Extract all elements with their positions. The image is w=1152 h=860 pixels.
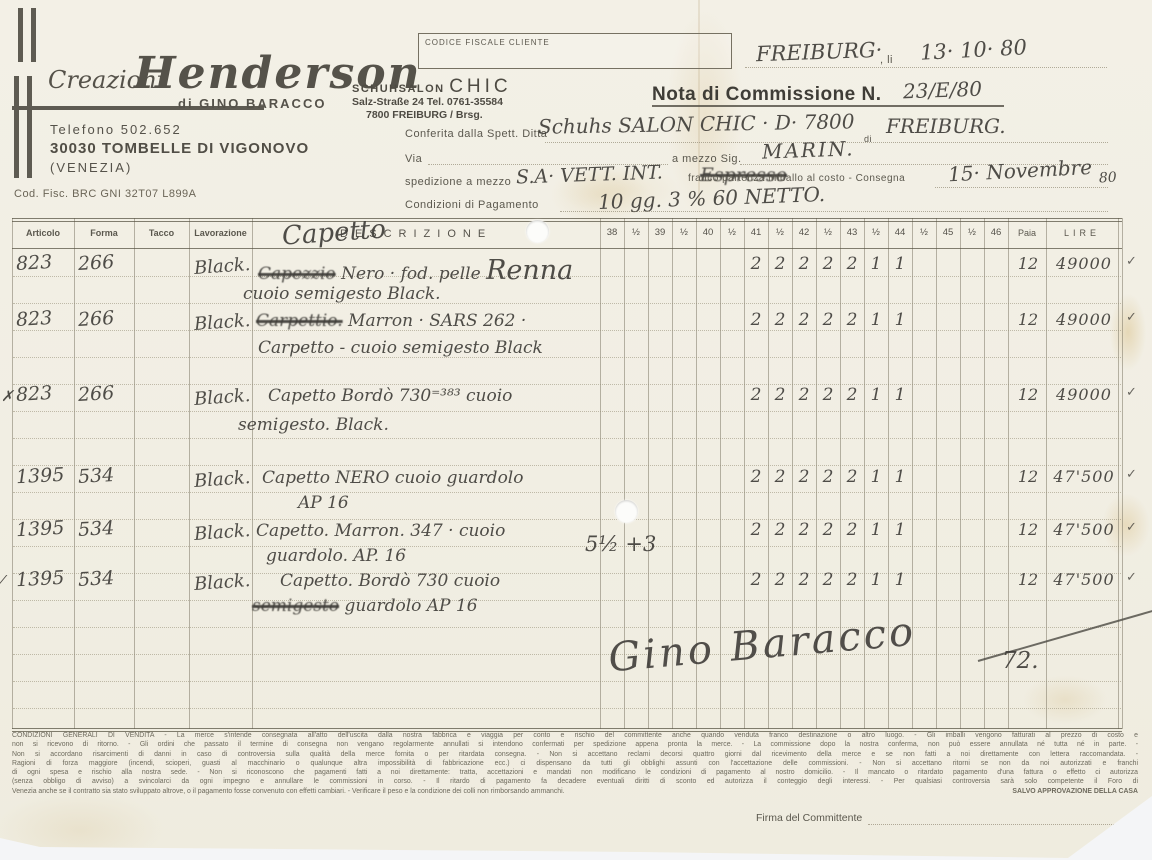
qty-cell: 2 — [840, 570, 864, 590]
cell-forma: 534 — [77, 567, 114, 591]
row-margin-mark: ⁄ — [1, 572, 4, 590]
cell-descrizione-line2: semigesto. Black. — [238, 415, 389, 435]
row-checkmark: ✓ — [1126, 466, 1137, 482]
total-handwritten: 72. — [1002, 648, 1039, 674]
pagamento-dotted-line — [560, 210, 1108, 212]
table-grid-vline — [134, 218, 135, 729]
cell-articolo: 823 — [15, 251, 52, 275]
table-grid-dotline — [13, 411, 1121, 412]
via-label: Via — [405, 153, 422, 165]
descrizione-strikethrough: Capezzio — [258, 264, 336, 284]
qty-cell: 2 — [840, 467, 864, 487]
codice-fiscale-box: CODICE FISCALE CLIENTE — [418, 33, 732, 69]
qty-cell: 2 — [792, 254, 816, 274]
row-checkmark: ✓ — [1126, 569, 1137, 585]
size-col-header: 43 — [840, 227, 864, 238]
cell-lire: 49000 — [1050, 254, 1118, 273]
qty-cell: 2 — [840, 310, 864, 330]
commission-number-handwritten: 23/E/80 — [903, 77, 983, 104]
table-grid-hline — [12, 248, 1122, 249]
qty-cell: 2 — [792, 570, 816, 590]
logo-bar-icon — [18, 8, 23, 62]
cell-paia: 12 — [1010, 520, 1046, 539]
table-grid-dotline — [13, 519, 1121, 520]
qty-cell: 2 — [768, 570, 792, 590]
size-col-header: 45 — [936, 227, 960, 238]
qty-cell: 2 — [792, 520, 816, 540]
customer-stamp-street: Salz-Straße 24 Tel. 0761-35584 — [352, 96, 503, 108]
cell-paia: 12 — [1010, 385, 1046, 404]
table-col-header: Forma — [74, 228, 134, 238]
qty-cell: 1 — [864, 467, 888, 487]
cell-lavorazione: Black. — [193, 385, 251, 410]
conditions-line: CONDIZIONI GENERALI DI VENDITA - La merc… — [12, 731, 1138, 740]
table-col-header: Lavorazione — [189, 228, 252, 238]
hole-punch — [526, 220, 549, 243]
cell-articolo: 1395 — [15, 517, 64, 542]
firma-label: Firma del Committente — [756, 812, 862, 824]
descrizione-strikethrough: semigesto — [252, 596, 339, 616]
size-col-header: ½ — [768, 227, 792, 238]
qty-cell: 2 — [744, 385, 768, 405]
cell-descrizione-line2: cuoio semigesto Black. — [243, 284, 441, 304]
qty-cell: 1 — [888, 385, 912, 405]
cell-descrizione-line2: semigesto guardolo AP 16 — [252, 596, 478, 616]
cell-forma: 266 — [77, 251, 114, 275]
table-grid-dotline — [13, 546, 1121, 547]
qty-cell: 1 — [888, 310, 912, 330]
table-grid-dotline — [13, 303, 1121, 304]
table-grid-vline — [1118, 218, 1119, 729]
cell-descrizione-line2: AP 16 — [298, 493, 349, 513]
conditions-text: CONDIZIONI GENERALI DI VENDITA - La merc… — [12, 731, 1138, 796]
qty-cell: 2 — [840, 520, 864, 540]
cell-articolo: 1395 — [15, 567, 64, 592]
row-checkmark: ✓ — [1126, 519, 1137, 535]
cell-paia: 12 — [1010, 467, 1046, 486]
qty-cell: 2 — [744, 467, 768, 487]
cell-forma: 266 — [77, 382, 114, 406]
customer-stamp-city: 7800 FREIBURG / Brsg. — [366, 109, 483, 121]
cell-lavorazione: Black. — [193, 467, 251, 492]
size-col-header: 39 — [648, 227, 672, 238]
table-grid-hline — [12, 221, 1122, 222]
place-handwritten: FREIBURG· — [756, 38, 883, 66]
conferita-label: Conferita dalla Spett. Ditta — [405, 128, 547, 140]
conditions-line: Non si accordano risarcimenti di danni i… — [12, 750, 1138, 759]
codice-fiscale-label: CODICE FISCALE CLIENTE — [425, 38, 550, 47]
cell-lire: 47'500 — [1050, 570, 1118, 589]
conditions-line: (senza obbligo di avviso) a svincolarci … — [12, 777, 1138, 786]
cell-paia: 12 — [1010, 310, 1046, 329]
cell-lire: 47'500 — [1050, 467, 1118, 486]
consegna-date: 15· Novembre — [947, 155, 1092, 187]
descrizione-header-handwritten: Capetto — [281, 214, 387, 251]
title-underline — [652, 104, 1004, 107]
qty-cell: 1 — [864, 520, 888, 540]
qty-cell: 2 — [744, 254, 768, 274]
qty-cell: 2 — [840, 254, 864, 274]
cell-paia: 12 — [1010, 254, 1046, 273]
table-grid-hline — [12, 728, 1122, 729]
table-col-header: Tacco — [134, 228, 189, 238]
cell-descrizione-line1: Capetto. Marron. 347 · cuoio — [256, 521, 505, 541]
date-handwritten: 13· 10· 80 — [919, 35, 1027, 65]
qty-cell: 1 — [888, 570, 912, 590]
qty-cell: 2 — [768, 520, 792, 540]
conditions-line: non si ricevono di ritorno. - Gli ordini… — [12, 740, 1138, 749]
customer-stamp-name: SCHUHSALON CHIC — [352, 76, 512, 98]
cell-lavorazione: Black. — [193, 570, 251, 595]
a-mezzo-sig-handwritten: MARIN. — [762, 136, 855, 163]
salvo-approvazione: SALVO APPROVAZIONE DELLA CASA — [1012, 787, 1138, 796]
qty-cell: 2 — [792, 467, 816, 487]
cell-lire: 47'500 — [1050, 520, 1118, 539]
table-grid-vline — [12, 218, 13, 729]
cell-descrizione-line1: Capetto NERO cuoio guardolo — [262, 468, 523, 488]
table-grid-dotline — [13, 465, 1121, 466]
letterhead-address2: (VENEZIA) — [50, 160, 132, 175]
table-grid-dotline — [13, 492, 1121, 493]
qty-cell: 2 — [816, 385, 840, 405]
qty-cell: 2 — [840, 385, 864, 405]
qty-cell: 2 — [816, 467, 840, 487]
cell-lire: 49000 — [1050, 385, 1118, 404]
cell-forma: 534 — [77, 517, 114, 541]
scan-background: Creazioni Henderson di GINO BARACCO Tele… — [0, 0, 1152, 860]
qty-cell: 2 — [768, 467, 792, 487]
conditions-line: Venezia anche se il contratto sia stato … — [12, 787, 565, 796]
spedizione-label: spedizione a mezzo — [405, 176, 511, 188]
qty-cell: 1 — [888, 254, 912, 274]
row-checkmark: ✓ — [1126, 253, 1137, 269]
cell-descrizione-line1: Capetto. Bordò 730 cuoio — [280, 571, 500, 591]
qty-cell: 2 — [816, 254, 840, 274]
conditions-line: Ragioni di forza maggiore (incendi, scio… — [12, 759, 1138, 768]
cell-articolo: 1395 — [15, 464, 64, 489]
stamp-schuhsalon: SCHUHSALON — [352, 83, 445, 95]
cell-lavorazione: Black. — [193, 310, 251, 335]
paia-col-header: Paia — [1008, 228, 1046, 238]
cell-forma: 266 — [77, 307, 114, 331]
table-grid-hline — [12, 218, 1122, 219]
qty-cell: 2 — [768, 310, 792, 330]
table-grid-vline — [936, 218, 937, 729]
size-col-header: ½ — [720, 227, 744, 238]
hole-punch — [615, 500, 638, 523]
letterhead-subbrand: di GINO BARACCO — [178, 96, 326, 111]
table-grid-dotline — [13, 330, 1121, 331]
size-col-header: 44 — [888, 227, 912, 238]
qty-cell: 2 — [792, 385, 816, 405]
row-checkmark: ✓ — [1126, 384, 1137, 400]
table-grid-vline — [960, 218, 961, 729]
qty-cell: 1 — [888, 467, 912, 487]
table-grid-dotline — [13, 384, 1121, 385]
conditions-last-line: Venezia anche se il contratto sia stato … — [12, 787, 1138, 796]
row-checkmark: ✓ — [1126, 309, 1137, 325]
stamp-chic: CHIC — [449, 76, 511, 97]
conditions-line: di ogni spesa e rischio alla nostra sede… — [12, 768, 1138, 777]
size-col-header: 40 — [696, 227, 720, 238]
qty-cell: 1 — [864, 254, 888, 274]
descrizione-strikethrough: Carpettio. — [256, 311, 343, 331]
table-grid-dotline — [13, 627, 1121, 628]
cell-articolo: 823 — [15, 382, 52, 406]
order-form-paper: Creazioni Henderson di GINO BARACCO Tele… — [0, 0, 1152, 860]
logo-bar-icon — [27, 76, 32, 178]
conferita-handwritten: Schuhs SALON CHIC · D· 7800 — [538, 109, 855, 139]
size-col-header: ½ — [624, 227, 648, 238]
letterhead-codfisc: Cod. Fisc. BRC GNI 32T07 L899A — [14, 188, 197, 200]
table-grid-vline — [1046, 218, 1047, 729]
table-grid-vline — [984, 218, 985, 729]
table-grid-vline — [600, 218, 601, 729]
table-grid-dotline — [13, 654, 1121, 655]
table-grid-dotline — [13, 438, 1121, 439]
size-col-header: 46 — [984, 227, 1008, 238]
size-col-header: ½ — [864, 227, 888, 238]
pagamento-label: Condizioni di Pagamento — [405, 199, 539, 211]
table-grid-dotline — [13, 681, 1121, 682]
letterhead-address1: 30030 TOMBELLE DI VIGONOVO — [50, 140, 309, 157]
spedizione-handwritten: S.A· VETT. INT. — [516, 161, 663, 188]
row-margin-mark: ✗ — [1, 387, 14, 405]
cell-descrizione-line1: Carpettio. Marron · SARS 262 · — [256, 311, 526, 331]
table-grid-dotline — [13, 600, 1121, 601]
qty-cell: 2 — [744, 310, 768, 330]
document-title: Nota di Commissione N. — [652, 84, 882, 106]
table-grid-dotline — [13, 573, 1121, 574]
cell-paia: 12 — [1010, 570, 1046, 589]
signature-handwritten: Gino Baracco — [607, 609, 918, 682]
size-col-header: ½ — [960, 227, 984, 238]
qty-cell: 2 — [744, 570, 768, 590]
qty-cell: 1 — [864, 310, 888, 330]
qty-cell: 2 — [768, 254, 792, 274]
qty-cell: 2 — [816, 570, 840, 590]
li-label: , li — [880, 54, 893, 66]
cell-lavorazione: Black. — [193, 520, 251, 545]
qty-cell: 2 — [816, 310, 840, 330]
cell-descrizione-line1: Capetto Bordò 730⁼³⁸³ cuoio — [268, 386, 512, 406]
consegna-dotted-line — [935, 186, 1108, 188]
consegna-year: 80 — [1098, 170, 1117, 187]
cell-lavorazione: Black. — [193, 254, 251, 279]
table-grid-vline — [1122, 218, 1123, 729]
size-annotation: 5½ +3 — [585, 532, 656, 556]
consegna-handwritten: 15· Novembre 80 — [947, 154, 1116, 187]
qty-cell: 2 — [744, 520, 768, 540]
cell-forma: 534 — [77, 464, 114, 488]
qty-cell: 1 — [888, 520, 912, 540]
table-grid-vline — [74, 218, 75, 729]
cell-descrizione-line2: guardolo. AP. 16 — [266, 546, 406, 566]
cell-lire: 49000 — [1050, 310, 1118, 329]
table-grid-vline — [189, 218, 190, 729]
firma-dotted-line — [868, 823, 1116, 825]
size-col-header: ½ — [672, 227, 696, 238]
table-col-header: Articolo — [12, 228, 74, 238]
cell-descrizione-line2: Carpetto - cuoio semigesto Black — [258, 338, 543, 358]
size-col-header: 41 — [744, 227, 768, 238]
size-col-header: 38 — [600, 227, 624, 238]
date-dotted-line — [745, 66, 1107, 68]
qty-cell: 1 — [864, 385, 888, 405]
descrizione-large-word: Renna — [486, 255, 573, 286]
qty-cell: 2 — [768, 385, 792, 405]
size-col-header: 42 — [792, 227, 816, 238]
size-col-header: ½ — [816, 227, 840, 238]
size-col-header: ½ — [912, 227, 936, 238]
table-grid-dotline — [13, 357, 1121, 358]
letterhead-telefono: Telefono 502.652 — [50, 122, 182, 137]
conferita-city-handwritten: FREIBURG. — [886, 114, 1006, 138]
qty-cell: 2 — [816, 520, 840, 540]
qty-cell: 1 — [864, 570, 888, 590]
logo-bar-icon — [31, 8, 36, 62]
logo-bar-icon — [14, 76, 19, 178]
cell-articolo: 823 — [15, 307, 52, 331]
lire-col-header: LIRE — [1046, 228, 1118, 238]
table-grid-dotline — [13, 708, 1121, 709]
cell-descrizione-line1: Capezzio Nero · fod. pelle Renna — [258, 255, 573, 286]
qty-cell: 2 — [792, 310, 816, 330]
